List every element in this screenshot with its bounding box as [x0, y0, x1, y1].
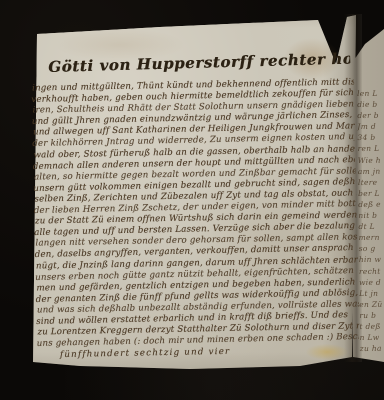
margin-fragment: mern: [359, 232, 384, 243]
fold-highlight: [5, 0, 12, 400]
photo-background: len Ldie bder bJm d34 bren LWie ham jnlt…: [0, 0, 384, 400]
margin-fragment: Jm d: [357, 121, 384, 132]
margin-fragment: nit b: [358, 210, 384, 221]
margin-fragment: deß e: [358, 199, 384, 210]
margin-fragment: hin w: [359, 254, 384, 265]
margin-fragment: ltere: [358, 176, 384, 187]
margin-fragment: so g: [359, 243, 384, 254]
margin-fragment: en Zü: [359, 298, 384, 309]
margin-fragment: dt L: [358, 221, 384, 232]
margin-fragment: zu ha: [360, 343, 384, 354]
margin-fragment: t deß: [359, 321, 384, 332]
margin-fragments: len Ldie bder bJm d34 bren LWie ham jnlt…: [357, 88, 384, 355]
margin-fragment: Wie h: [358, 154, 384, 165]
margin-fragment: wie d: [359, 276, 384, 287]
margin-fragment: Lt jn: [359, 287, 384, 298]
margin-fragment: 34 b: [357, 132, 384, 143]
body-lines: ingen und mittgüllten, Thünt kündt und b…: [31, 77, 359, 362]
margin-fragment: ren L: [358, 143, 384, 154]
margin-fragment: n Lw: [360, 332, 384, 343]
margin-fragment: die b: [357, 99, 384, 110]
margin-fragment: am jn: [358, 165, 384, 176]
margin-fragment: ber L: [358, 188, 384, 199]
margin-fragment: len L: [357, 88, 384, 99]
margin-fragment: der b: [357, 110, 384, 121]
margin-fragment: recht: [359, 265, 384, 276]
margin-fragment: ru b: [359, 310, 384, 321]
